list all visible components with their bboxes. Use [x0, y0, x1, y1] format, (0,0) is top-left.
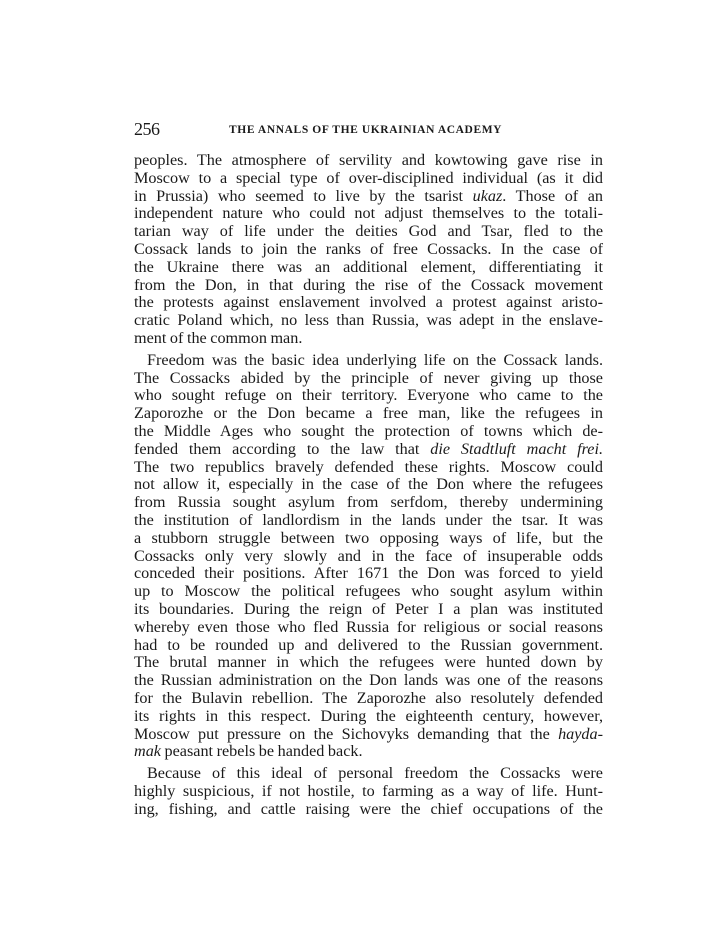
text-line: its rights in this respect. During the e… [134, 708, 603, 726]
text-segment: in Prussia) who seemed to live by the ts… [134, 187, 463, 205]
text-line: cratic Poland which, no less than Russia… [134, 312, 603, 330]
text-line: ment of the common man. [134, 330, 603, 348]
text-line: highly suspicious, if not hostile, to fa… [134, 783, 603, 801]
text-line: The Cossacks abided by the principle of … [134, 370, 603, 388]
text-line: its boundaries. During the reign of Pete… [134, 601, 603, 619]
document-page: 256 THE ANNALS OF THE UKRAINIAN ACADEMY … [0, 0, 704, 926]
text-line: whereby even those who fled Russia for r… [134, 619, 603, 637]
page-number: 256 [134, 119, 160, 140]
text-line: The brutal manner in which the refugees … [134, 654, 603, 672]
text-segment: peasant rebels be handed back. [165, 742, 363, 760]
text-line: had to be rounded up and delivered to th… [134, 637, 603, 655]
paragraph-3: Because of this ideal of personal freedo… [134, 765, 603, 818]
text-line: Cossack lands to join the ranks of free … [134, 241, 603, 259]
text-line: who sought refuge on their territory. Ev… [134, 387, 603, 405]
paragraph-2: Freedom was the basic idea underlying li… [134, 352, 603, 761]
text-line: Zaporozhe or the Don became a free man, … [134, 405, 603, 423]
journal-title: THE ANNALS OF THE UKRAINIAN ACADEMY [229, 124, 502, 136]
text-line: Moscow put pressure on the Sichovyks dem… [134, 726, 603, 744]
text-line: for the Bulavin rebellion. The Zaporozhe… [134, 690, 603, 708]
text-line: tarian way of life under the deities God… [134, 223, 603, 241]
text-line: from the Don, in that during the rise of… [134, 277, 603, 295]
text-line: The two republics bravely defended these… [134, 459, 603, 477]
text-segment: fended them according to the law that [134, 440, 419, 458]
text-line: Cossacks only very slowly and in the fac… [134, 548, 603, 566]
text-line: ing, fishing, and cattle raising were th… [134, 801, 603, 819]
text-line: Freedom was the basic idea underlying li… [134, 352, 603, 370]
text-line: conceded their positions. After 1671 the… [134, 565, 603, 583]
text-line: peoples. The atmosphere of servility and… [134, 152, 603, 170]
italic-phrase-stadtluft: die Stadtluft macht frei. [430, 440, 603, 458]
text-line: the protests against enslavement involve… [134, 294, 603, 312]
text-line: fended them according to the law that di… [134, 441, 603, 459]
italic-term-ukaz: ukaz [473, 187, 503, 205]
text-line: up to Moscow the political refugees who … [134, 583, 603, 601]
text-segment: . Those of an [502, 187, 603, 205]
text-segment: Moscow put pressure on the Sichovyks dem… [134, 725, 550, 743]
text-line: independent nature who could not adjust … [134, 205, 603, 223]
body-text: peoples. The atmosphere of servility and… [134, 152, 603, 818]
italic-term-haydamak: mak [134, 742, 161, 760]
text-line: mak peasant rebels be handed back. [134, 743, 603, 761]
text-line: Moscow to a special type of over-discipl… [134, 170, 603, 188]
text-line: the Russian administration on the Don la… [134, 672, 603, 690]
text-line: the Middle Ages who sought the protectio… [134, 423, 603, 441]
text-line: a stubborn struggle between two opposing… [134, 530, 603, 548]
text-line: the institution of landlordism in the la… [134, 512, 603, 530]
text-line: the Ukraine there was an additional elem… [134, 259, 603, 277]
italic-term-haydamak: hayda- [558, 725, 603, 743]
paragraph-1: peoples. The atmosphere of servility and… [134, 152, 603, 348]
running-header: 256 THE ANNALS OF THE UKRAINIAN ACADEMY [134, 119, 604, 141]
text-line: from Russia sought asylum from serfdom, … [134, 494, 603, 512]
text-line: not allow it, especially in the case of … [134, 476, 603, 494]
text-line: Because of this ideal of personal freedo… [134, 765, 603, 783]
text-line: in Prussia) who seemed to live by the ts… [134, 188, 603, 206]
